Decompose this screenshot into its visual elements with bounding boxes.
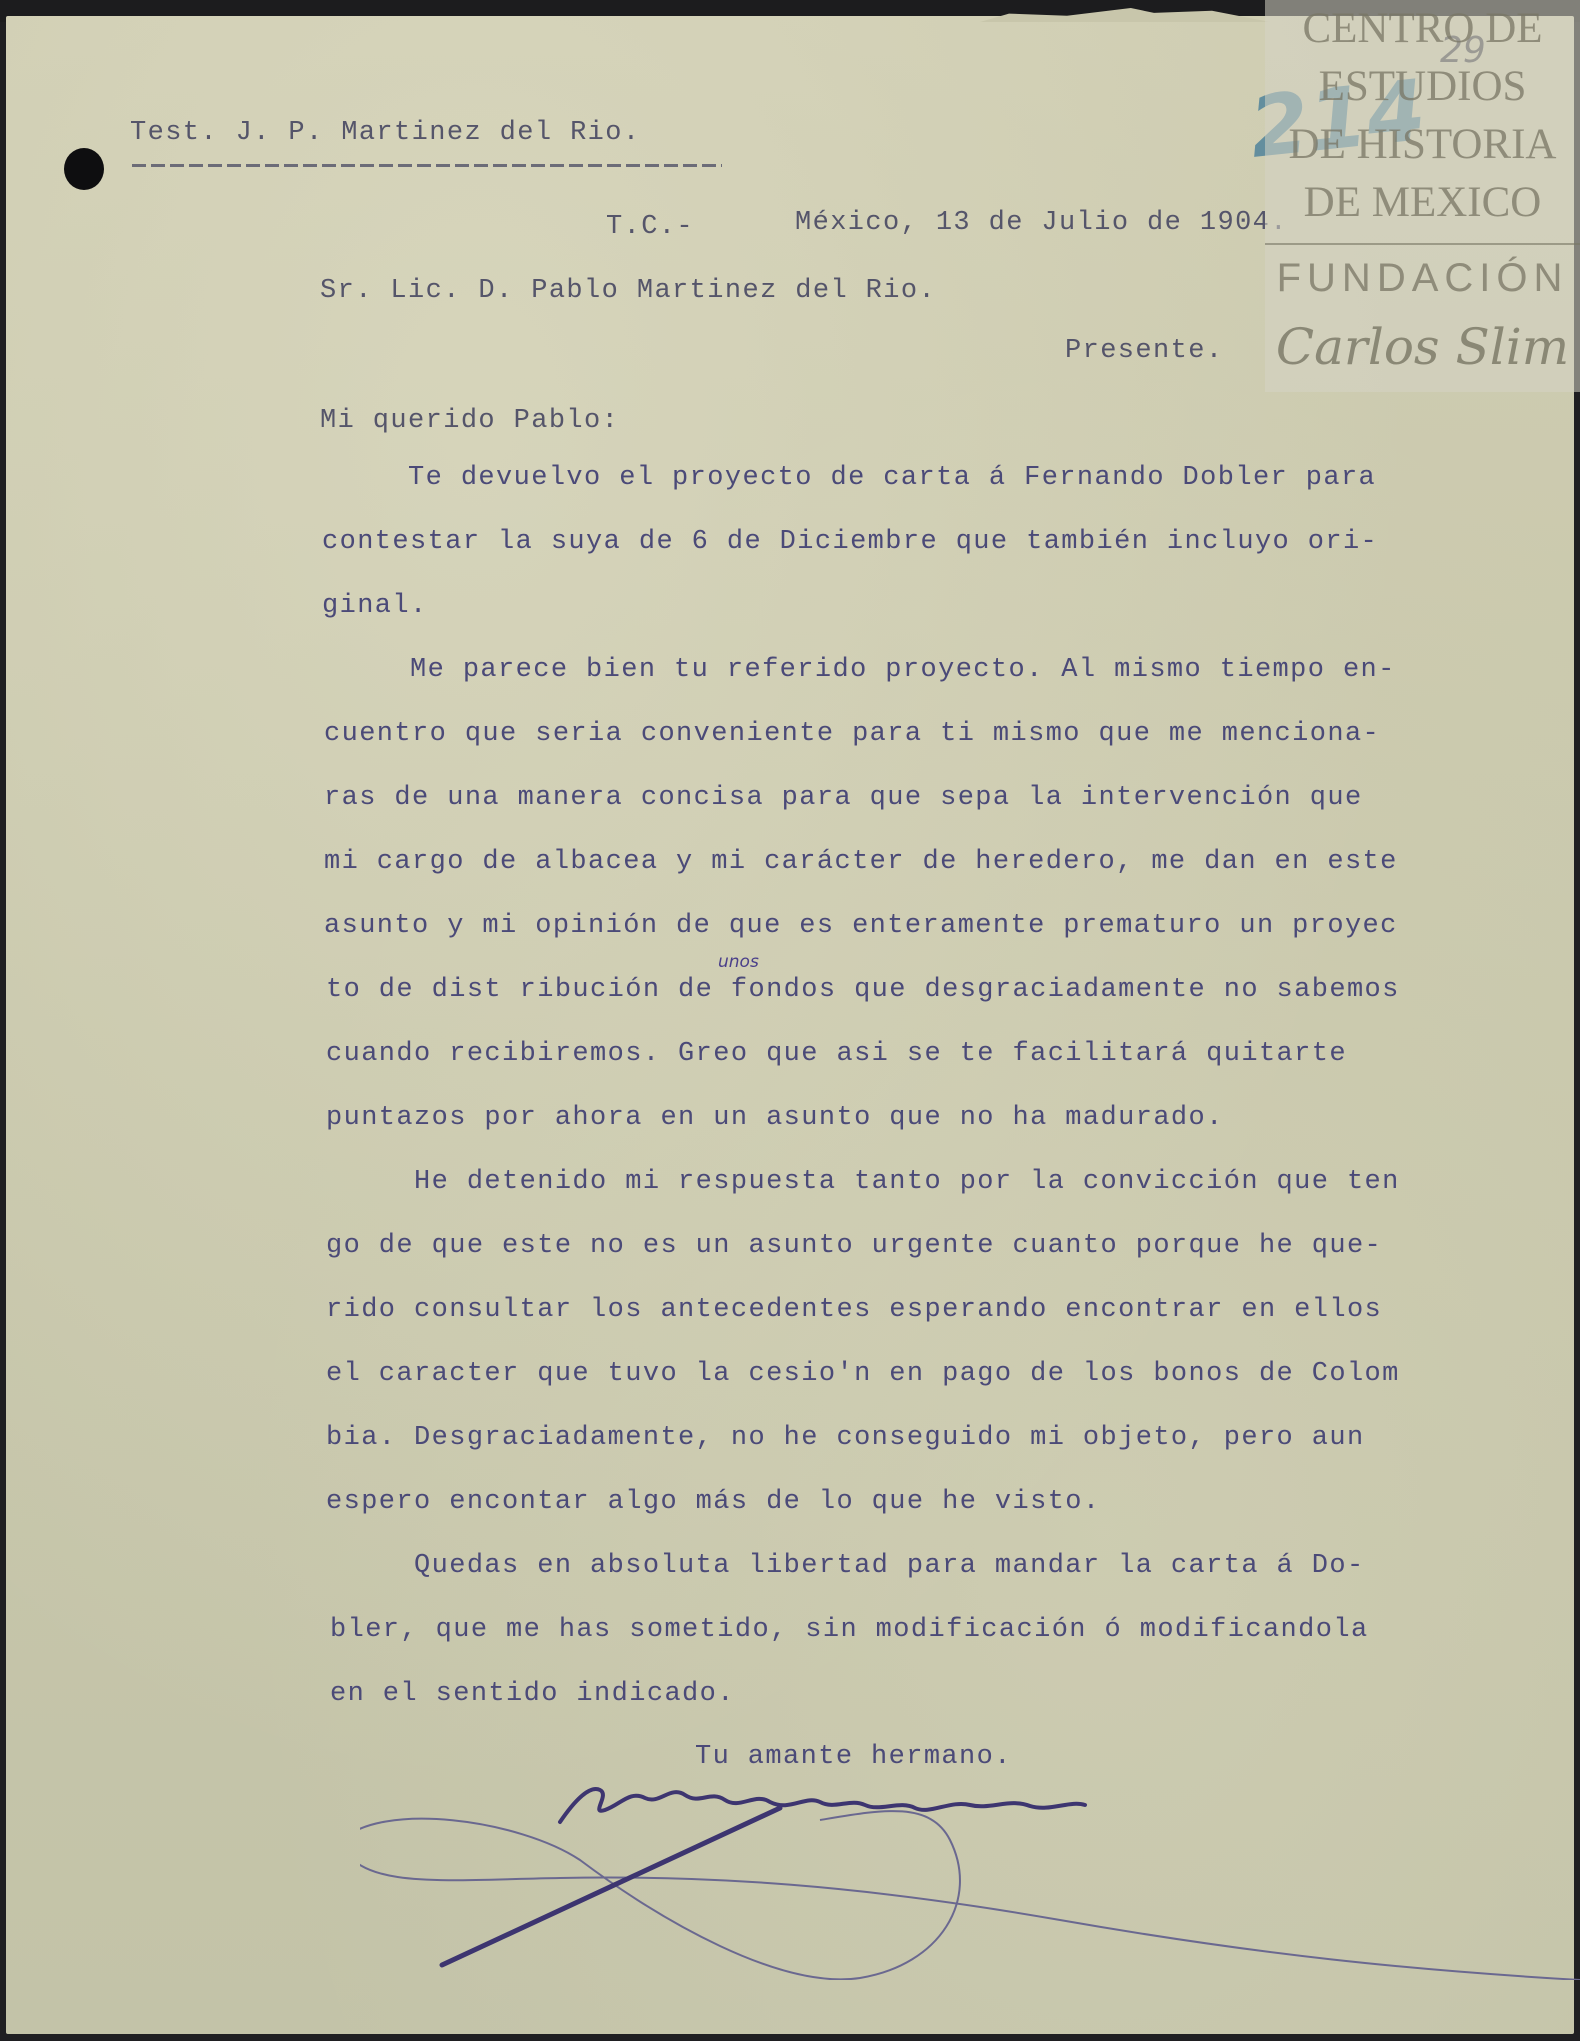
watermark-line: ESTUDIOS — [1265, 62, 1580, 111]
body-line: He detenido mi respuesta tanto por la co… — [326, 1167, 1400, 1197]
salutation: Mi querido Pablo: — [320, 406, 619, 436]
handwritten-insertion: unos — [718, 952, 759, 972]
body-line: go de que este no es un asunto urgente c… — [326, 1231, 1382, 1261]
addressee-name: Sr. Lic. D. Pablo Martinez del Rio. — [320, 276, 936, 306]
addressee-presente: Presente. — [1065, 336, 1223, 366]
body-line: el caracter que tuvo la cesio'n en pago … — [326, 1359, 1400, 1389]
body-line: asunto y mi opinión de que es enterament… — [324, 911, 1398, 941]
body-line: ras de una manera concisa para que sepa … — [324, 783, 1363, 813]
body-line: cuentro que seria conveniente para ti mi… — [324, 719, 1380, 749]
reference-code: T.C.- — [606, 212, 694, 242]
watermark-divider — [1265, 243, 1580, 245]
sender-line: Test. J. P. Martinez del Rio. — [130, 118, 640, 148]
punch-hole — [64, 148, 104, 190]
body-line: contestar la suya de 6 de Diciembre que … — [322, 527, 1378, 557]
body-line: mi cargo de albacea y mi carácter de her… — [324, 847, 1398, 877]
watermark-foundation: FUNDACIÓN — [1265, 256, 1580, 301]
watermark-line: CENTRO DE — [1265, 4, 1580, 53]
watermark-line: DE MEXICO — [1265, 178, 1580, 227]
body-line: Me parece bien tu referido proyecto. Al … — [322, 655, 1396, 685]
body-line: rido consultar los antecedentes esperand… — [326, 1295, 1382, 1325]
body-line: Te devuelvo el proyecto de carta á Ferna… — [320, 463, 1376, 493]
signature — [360, 1760, 1580, 1980]
header-underline — [132, 164, 722, 167]
body-line: Quedas en absoluta libertad para mandar … — [326, 1551, 1365, 1581]
body-line: en el sentido indicado. — [330, 1679, 735, 1709]
watermark-name: Carlos Slim — [1265, 318, 1580, 376]
body-line: to de dist ribución de fondos que desgra… — [326, 975, 1400, 1005]
body-line: cuando recibiremos. Greo que asi se te f… — [326, 1039, 1347, 1069]
body-line: puntazos por ahora en un asunto que no h… — [326, 1103, 1224, 1133]
body-line: ginal. — [322, 591, 428, 621]
archive-watermark: CENTRO DE ESTUDIOS DE HISTORIA DE MEXICO… — [1265, 0, 1580, 392]
body-line: bler, que me has sometido, sin modificac… — [330, 1615, 1369, 1645]
body-line: bia. Desgraciadamente, no he conseguido … — [326, 1423, 1365, 1453]
watermark-line: DE HISTORIA — [1265, 120, 1580, 169]
date-line: México, 13 de Julio de 1904. — [795, 208, 1288, 238]
body-line: espero encontar algo más de lo que he vi… — [326, 1487, 1101, 1517]
